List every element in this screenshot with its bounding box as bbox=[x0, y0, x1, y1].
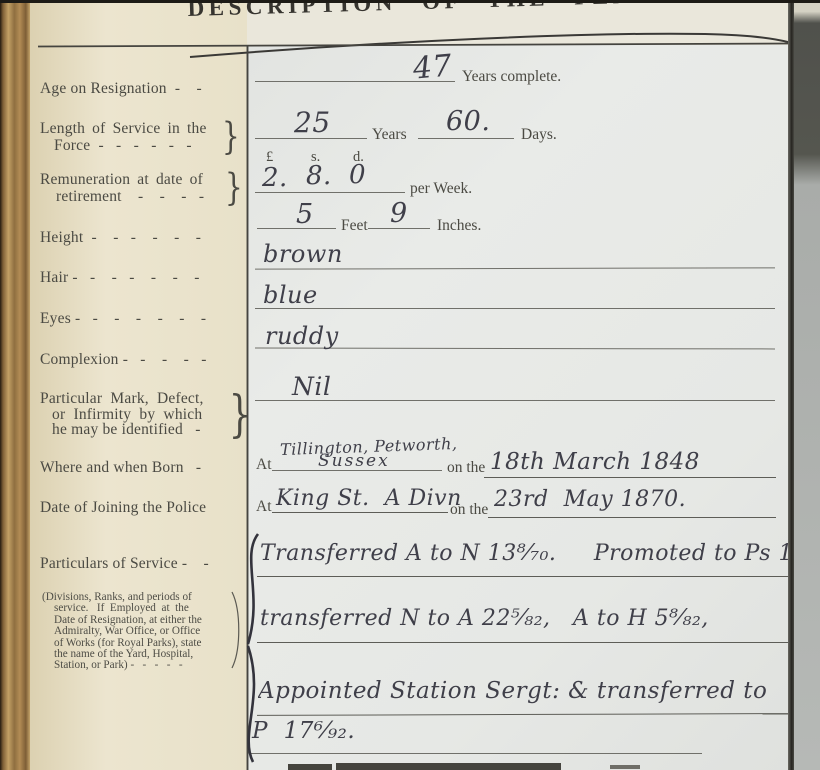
field-label-born: Where and when Born - bbox=[40, 459, 201, 476]
age-value-handwriting: 47 bbox=[412, 48, 454, 86]
field-label-joined: Date of Joining the Police bbox=[40, 499, 206, 516]
field-label-particulars: Particulars of Service - - bbox=[40, 555, 209, 572]
particulars-note: (Divisions, Ranks, and periods of servic… bbox=[42, 592, 202, 672]
pension-record-page: DESCRIPTION OF THE PENSIONER, &c. Age on… bbox=[0, 0, 820, 770]
height-feet-label: Feet bbox=[341, 217, 368, 235]
service-years-handwriting: 25 bbox=[294, 106, 331, 139]
mark-label-brace: } bbox=[229, 385, 251, 443]
field-label-height: Height - - - - - - bbox=[40, 229, 201, 246]
field-label-hair: Hair - - - - - - - bbox=[40, 269, 200, 286]
eyes-value-handwriting: blue bbox=[263, 281, 318, 309]
service-days-handwriting: 60. bbox=[446, 106, 490, 137]
service-years-label: Years bbox=[372, 126, 407, 144]
service-days-label: Days. bbox=[521, 126, 557, 144]
height-inches-handwriting: 9 bbox=[390, 198, 408, 229]
height-feet-handwriting: 5 bbox=[296, 199, 314, 230]
mark-value-handwriting: Nil bbox=[292, 372, 331, 401]
joined-place-handwriting: King St. A Divn bbox=[276, 486, 462, 511]
service-label-brace: } bbox=[222, 115, 240, 158]
service-entry-handwriting: Appointed Station Sergt: & transferred t… bbox=[258, 678, 788, 704]
joined-date-handwriting: 23rd May 1870. bbox=[494, 487, 686, 512]
pence-handwriting: 0 bbox=[349, 160, 366, 190]
shillings-handwriting: 8. bbox=[306, 161, 332, 191]
field-label-eyes: Eyes - - - - - - - bbox=[40, 310, 206, 327]
joined-at-label: At bbox=[256, 498, 272, 516]
next-box-edge bbox=[336, 763, 561, 770]
field-label-mark-1: Particular Mark, Defect, bbox=[40, 390, 204, 407]
scan-right-strip bbox=[794, 0, 820, 770]
field-label-service-2: Force - - - - - - bbox=[54, 137, 192, 154]
field-label-remuneration-1: Remuneration at date of bbox=[40, 171, 203, 188]
complexion-value-handwriting: ruddy bbox=[265, 322, 339, 350]
service-entry-handwriting: Transferred A to N 13⁸⁄₇₀. Promoted to P… bbox=[260, 541, 788, 566]
next-box-edge bbox=[610, 765, 640, 769]
service-entry-handwriting: transferred N to A 22⁵⁄₈₂, A to H 5⁸⁄₈₂, bbox=[260, 606, 788, 631]
remuneration-suffix-label: per Week. bbox=[410, 180, 472, 198]
field-label-service-1: Length of Service in the bbox=[40, 120, 207, 137]
born-date-handwriting: 18th March 1848 bbox=[490, 449, 700, 475]
born-place-line2-handwriting: Sussex bbox=[318, 451, 390, 471]
born-on-the-label: on the bbox=[447, 459, 485, 477]
remuneration-label-brace: } bbox=[225, 166, 243, 209]
next-box-edge bbox=[288, 764, 332, 770]
note-line: Station, or Park) - - - - - bbox=[54, 660, 202, 671]
scan-top-edge bbox=[0, 0, 820, 3]
born-at-label: At bbox=[256, 456, 272, 474]
age-suffix-label: Years complete. bbox=[462, 68, 561, 86]
height-inches-label: Inches. bbox=[437, 217, 481, 235]
note-line: Admiralty, War Office, or Office bbox=[54, 626, 202, 637]
hair-value-handwriting: brown bbox=[263, 240, 343, 268]
field-label-mark-3: he may be identified - bbox=[52, 421, 201, 438]
field-label-complexion: Complexion - - - - - bbox=[40, 351, 207, 368]
service-entry-handwriting: P 17⁶⁄₉₂. bbox=[252, 718, 355, 744]
pounds-handwriting: 2. bbox=[262, 163, 288, 193]
field-label-remuneration-2: retirement - - - - bbox=[56, 188, 204, 205]
field-label-age: Age on Resignation - - bbox=[40, 80, 202, 97]
